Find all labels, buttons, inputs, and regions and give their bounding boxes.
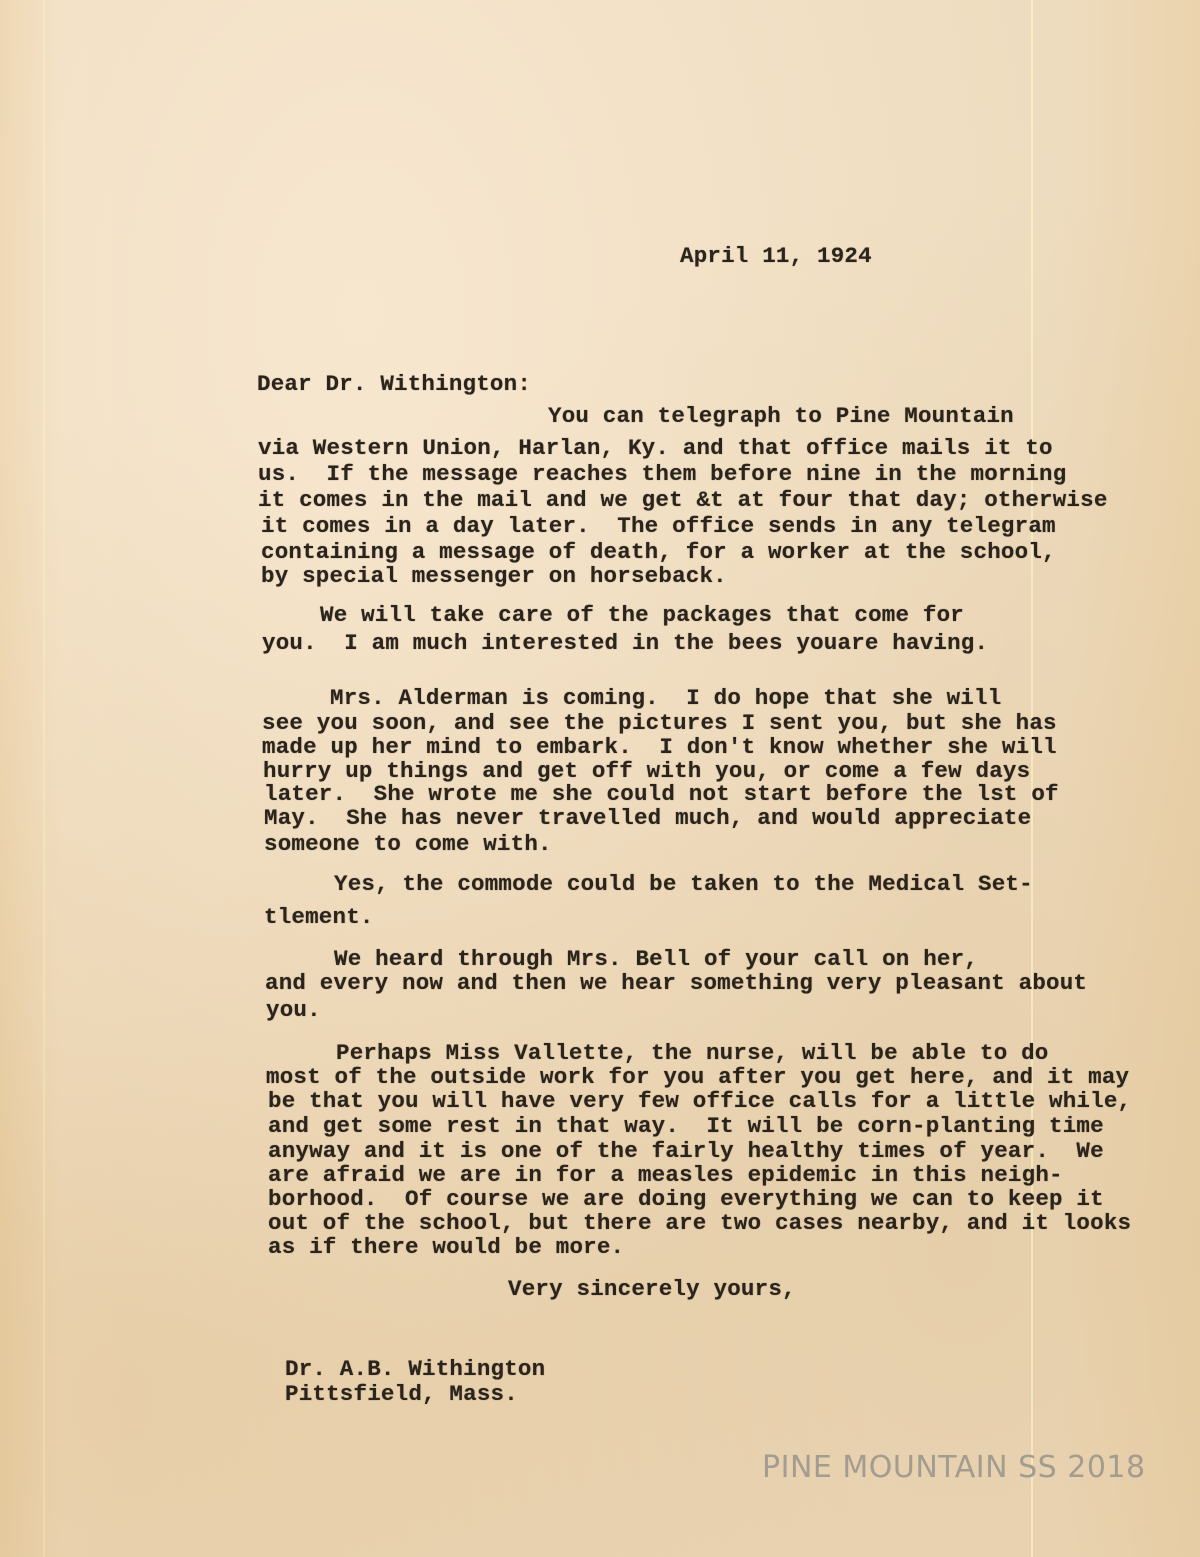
paragraph-3-line: someone to come with.	[264, 831, 552, 857]
paragraph-4-line: Yes, the commode could be taken to the M…	[334, 871, 1033, 897]
paragraph-3-line: made up her mind to embark. I don't know…	[262, 734, 1057, 760]
paragraph-1-line: You can telegraph to Pine Mountain	[548, 403, 1014, 429]
paragraph-2-line: We will take care of the packages that c…	[320, 602, 964, 628]
salutation: Dear Dr. Withington:	[257, 371, 531, 397]
paragraph-1-line: it comes in a day later. The office send…	[261, 513, 1056, 539]
paragraph-6-line: out of the school, but there are two cas…	[268, 1210, 1131, 1236]
paragraph-1-line: containing a message of death, for a wor…	[261, 539, 1056, 565]
paragraph-1-line: by special messenger on horseback.	[261, 563, 727, 589]
paragraph-6-line: and get some rest in that way. It will b…	[268, 1113, 1104, 1139]
recipient-location: Pittsfield, Mass.	[285, 1381, 518, 1407]
paragraph-3-line: see you soon, and see the pictures I sen…	[262, 710, 1057, 736]
paragraph-3-line: May. She has never travelled much, and w…	[264, 805, 1031, 831]
paragraph-5-line: We heard through Mrs. Bell of your call …	[334, 946, 978, 972]
closing: Very sincerely yours,	[508, 1276, 796, 1302]
paragraph-1-line: it comes in the mail and we get &t at fo…	[258, 487, 1108, 513]
paragraph-6-line: are afraid we are in for a measles epide…	[268, 1162, 1063, 1188]
watermark: PINE MOUNTAIN SS 2018	[762, 1450, 1146, 1485]
letter-date: April 11, 1924	[680, 243, 872, 269]
paragraph-5-line: you.	[266, 997, 321, 1023]
paragraph-4-line: tlement.	[264, 904, 374, 930]
paragraph-1-line: us. If the message reaches them before n…	[258, 461, 1066, 487]
letter-body: April 11, 1924 Dear Dr. Withington: You …	[0, 0, 1200, 1557]
paragraph-6-line: anyway and it is one of the fairly healt…	[268, 1138, 1104, 1164]
paragraph-6-line: be that you will have very few office ca…	[268, 1088, 1131, 1114]
paragraph-6-line: borhood. Of course we are doing everythi…	[268, 1186, 1104, 1212]
paragraph-6-line: Perhaps Miss Vallette, the nurse, will b…	[336, 1040, 1049, 1066]
paragraph-3-line: Mrs. Alderman is coming. I do hope that …	[330, 685, 1001, 711]
paragraph-2-line: you. I am much interested in the bees yo…	[262, 630, 988, 656]
paragraph-3-line: later. She wrote me she could not start …	[264, 781, 1059, 807]
paragraph-6-line: as if there would be more.	[268, 1234, 624, 1260]
recipient-name: Dr. A.B. Withington	[285, 1356, 545, 1382]
paragraph-6-line: most of the outside work for you after y…	[266, 1064, 1129, 1090]
paragraph-1-line: via Western Union, Harlan, Ky. and that …	[258, 435, 1053, 461]
paragraph-5-line: and every now and then we hear something…	[265, 970, 1087, 996]
